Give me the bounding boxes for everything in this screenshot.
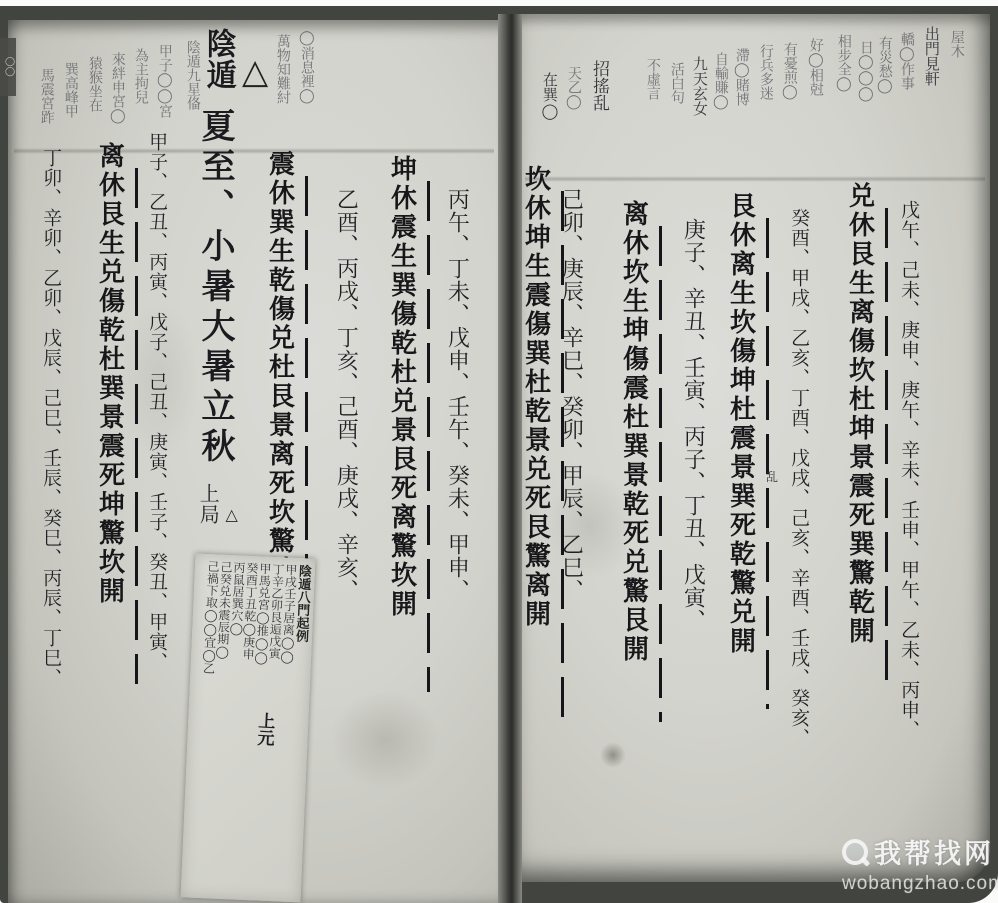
pasted-slip: 陰遁八門起例 甲戌壬子居离◯◯ 丁辛乙卯艮逅戊寅 甲馬兑宮◯推◯◯ 癸酉丁丑乾◯…: [181, 554, 316, 903]
gates-column: 离休艮生兑傷乾杜巽景震死坤驚坎開: [96, 142, 132, 692]
column-text: 艮休离生坎傷坤杜震景巽死乾驚兑開: [727, 192, 755, 656]
emphasis-line: [135, 168, 139, 684]
column-text: 癸酉、甲戌、乙亥、丁酉、戊戌、己亥、辛酉、壬戌、癸亥、: [788, 208, 808, 748]
column-text: 坤休震生巽傷乾杜兑景艮死离驚坎開: [388, 155, 416, 619]
gates-column: 艮休离生坎傷坤杜震景巽死乾驚兑開: [727, 192, 763, 717]
season-suffix: 上局: [196, 483, 217, 525]
annotation-column: 為主拘兒: [132, 48, 147, 148]
annotation-column: 好◯相尅: [807, 38, 822, 168]
date-column: 甲子、乙丑、丙寅、戊子、己丑、庚寅、壬子、癸丑、甲寅、: [146, 132, 180, 692]
gates-column: 离休坎生坤傷震杜巽景乾死兑驚艮開: [620, 200, 656, 730]
date-column: 己卯、庚辰、辛巳、癸卯、甲辰、乙巳、: [560, 188, 594, 618]
annotation-column: 滯◯賭博: [733, 48, 748, 173]
date-column: 丙午、丁未、戊申、壬午、癸未、甲申、: [446, 188, 480, 618]
annotation-column: 巽高峰甲: [62, 62, 77, 162]
emphasis-line: [766, 218, 770, 709]
annotation-column: 不虛言: [644, 58, 659, 168]
annotation-column: 轎◯作事: [898, 32, 913, 162]
manuscript-photo: 屋木 出門見軒 轎◯作事 有災愁◯ 日◯◯◯ 相步全◯ 好◯相尅 有憂煎◯ 行兵…: [0, 0, 998, 903]
emphasis-line: [427, 181, 431, 692]
annotation-column: 相步全◯: [835, 34, 850, 164]
annotation-column: 出門見軒: [922, 26, 938, 156]
annotation-column: 活白句: [668, 62, 683, 162]
annotation-column: 萬物知難紂: [274, 34, 289, 154]
annotation-column: 九天玄女: [690, 56, 706, 166]
triangle-mark: △: [221, 505, 238, 525]
column-text: 离休艮生兑傷乾杜巽景震死坤驚坎開: [96, 142, 124, 606]
annotation-column: 有災愁◯: [876, 36, 891, 166]
watermark-site-url: wobangzhao.com: [842, 873, 994, 895]
annotation-column: 猿猴坐在: [86, 56, 101, 156]
annotation-column: 日◯◯◯: [857, 40, 872, 165]
watermark: 我帮找网 wobangzhao.com: [842, 832, 994, 896]
annotation-column: ◯消息裡◯: [298, 30, 313, 150]
column-text: 乙酉、丙戌、丁亥、己酉、庚戌、辛亥、: [335, 188, 358, 602]
annotation-column: 在巽◯: [540, 72, 556, 162]
emphasis-line: [659, 226, 663, 722]
watermark-site-name: 我帮找网: [874, 832, 994, 871]
magnifier-icon: [842, 839, 868, 865]
annotation-column: 自輸賺◯: [712, 52, 727, 172]
slip-mark: 上元: [251, 711, 278, 746]
date-column: 乙酉、丙戌、丁亥、己酉、庚戌、辛亥、: [335, 188, 369, 618]
date-column: 庚子、辛丑、壬寅、丙子、丁丑、戊寅、: [682, 218, 716, 648]
column-text: 坎休坤生震傷巽杜乾景兑死艮驚离開: [522, 165, 550, 629]
column-text: 戊午、己未、庚申、庚午、辛未、壬申、甲午、乙未、丙申、: [898, 200, 918, 740]
gates-column: 兑休艮生离傷坎杜坤景震死巽驚乾開: [846, 182, 882, 702]
inline-note: 乱: [766, 468, 778, 485]
date-column: 戊午、己未、庚申、庚午、辛未、壬申、甲午、乙未、丙申、: [898, 200, 932, 710]
triangle-mark: △: [242, 52, 268, 92]
column-text: 甲子、乙丑、丙寅、戊子、己丑、庚寅、壬子、癸丑、甲寅、: [146, 132, 166, 672]
season-title: 夏至、小暑大暑立秋: [196, 108, 232, 468]
section-title: 陰遁: [202, 28, 234, 118]
annotation-column: 行兵多迷: [757, 44, 772, 174]
emphasis-line: [561, 191, 565, 717]
date-column: 丁卯、辛卯、乙卯、戊辰、己巳、壬辰、癸巳、丙辰、丁巳、: [40, 148, 74, 703]
gates-column: 坤休震生巽傷乾杜兑景艮死离驚坎開: [388, 155, 424, 700]
column-text: 丁卯、辛卯、乙卯、戊辰、己巳、壬辰、癸巳、丙辰、丁巳、: [40, 148, 60, 688]
annotation-column: 屋木: [948, 30, 963, 90]
spine-label: ◯◯: [0, 38, 16, 96]
column-text: 震休巽生乾傷兑杜艮景离死坎驚坤開: [266, 150, 294, 614]
annotation-column: 有憂煎◯: [781, 42, 796, 172]
date-column: 癸酉、甲戌、乙亥、丁酉、戊戌、己亥、辛酉、壬戌、癸亥、: [788, 208, 822, 718]
book-gutter: [498, 14, 522, 903]
column-text: 兑休艮生离傷坎杜坤景震死巽驚乾開: [846, 182, 874, 646]
annotation-column: 招搖乱: [590, 60, 608, 180]
annotation-column: 天乙◯: [565, 66, 580, 156]
column-text: 离休坎生坤傷震杜巽景乾死兑驚艮開: [620, 200, 648, 664]
column-text: 庚子、辛丑、壬寅、丙子、丁丑、戊寅、: [682, 218, 705, 632]
gates-column: 坎休坤生震傷巽杜乾景兑死艮驚离開: [522, 165, 558, 725]
emphasis-line: [885, 208, 889, 694]
column-text: 丙午、丁未、戊申、壬午、癸未、甲申、: [446, 188, 469, 602]
